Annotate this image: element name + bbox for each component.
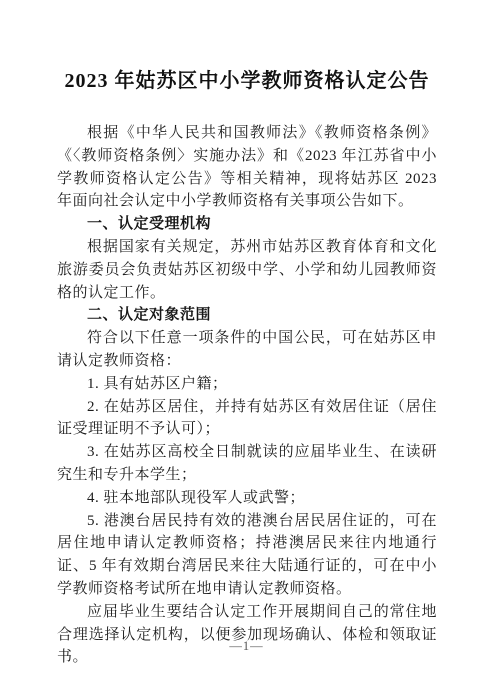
document-page: 2023 年姑苏区中小学教师资格认定公告 根据《中华人民共和国教师法》《教师资格… (0, 0, 493, 698)
list-item-5: 5. 港澳台居民持有效的港澳台居民居住证的，可在居住地申请认定教师资格；持港澳居… (57, 510, 437, 601)
section-1-heading: 一、认定受理机构 (57, 213, 437, 236)
paragraph-intro: 根据《中华人民共和国教师法》《教师资格条例》《〈教师资格条例〉实施办法》和《20… (57, 122, 437, 213)
section-2-heading: 二、认定对象范围 (57, 304, 437, 327)
list-item-4: 4. 驻本地部队现役军人或武警； (57, 487, 437, 510)
list-item-3: 3. 在姑苏区高校全日制就读的应届毕业生、在读研究生和专升本学生； (57, 441, 437, 487)
list-item-1: 1. 具有姑苏区户籍； (57, 373, 437, 396)
paragraph-section1-body: 根据国家有关规定，苏州市姑苏区教育体育和文化旅游委员会负责姑苏区初级中学、小学和… (57, 236, 437, 304)
paragraph-closing: 应届毕业生要结合认定工作开展期间自己的常住地合理选择认定机构，以便参加现场确认、… (57, 601, 437, 669)
list-item-2: 2. 在姑苏区居住，并持有姑苏区有效居住证（居住证受理证明不予认可）； (57, 396, 437, 442)
page-number: —1— (0, 639, 493, 654)
document-title: 2023 年姑苏区中小学教师资格认定公告 (57, 66, 437, 96)
paragraph-section2-intro: 符合以下任意一项条件的中国公民，可在姑苏区申请认定教师资格： (57, 327, 437, 373)
